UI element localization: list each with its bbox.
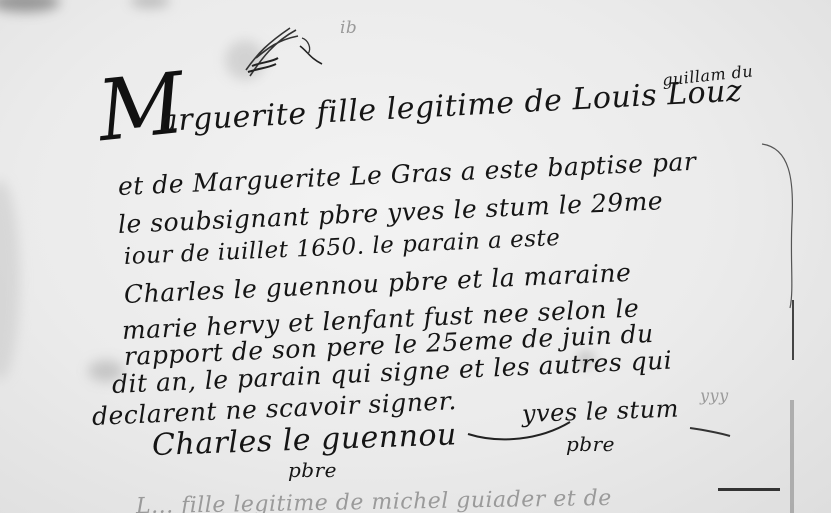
right-margin-bracket (760, 140, 800, 310)
next-entry-partial: L... fille legitime de michel guiader et… (136, 486, 612, 513)
left-edge-shadow (0, 180, 20, 380)
right-margin-rule-lower (790, 400, 794, 513)
entry-end-rule (718, 488, 780, 491)
margin-note: ib (340, 18, 357, 38)
quill-flourish-icon (238, 18, 328, 84)
signature-paraph: yyy (700, 386, 729, 405)
signature-underline-flourish (460, 418, 740, 448)
signature-title-pbre-1: pbre (288, 458, 337, 482)
ink-smudge-top-left (0, 0, 60, 12)
document-page: ib guillam du M arguerite fille legitime… (0, 0, 831, 513)
ink-smudge-top (130, 0, 170, 8)
